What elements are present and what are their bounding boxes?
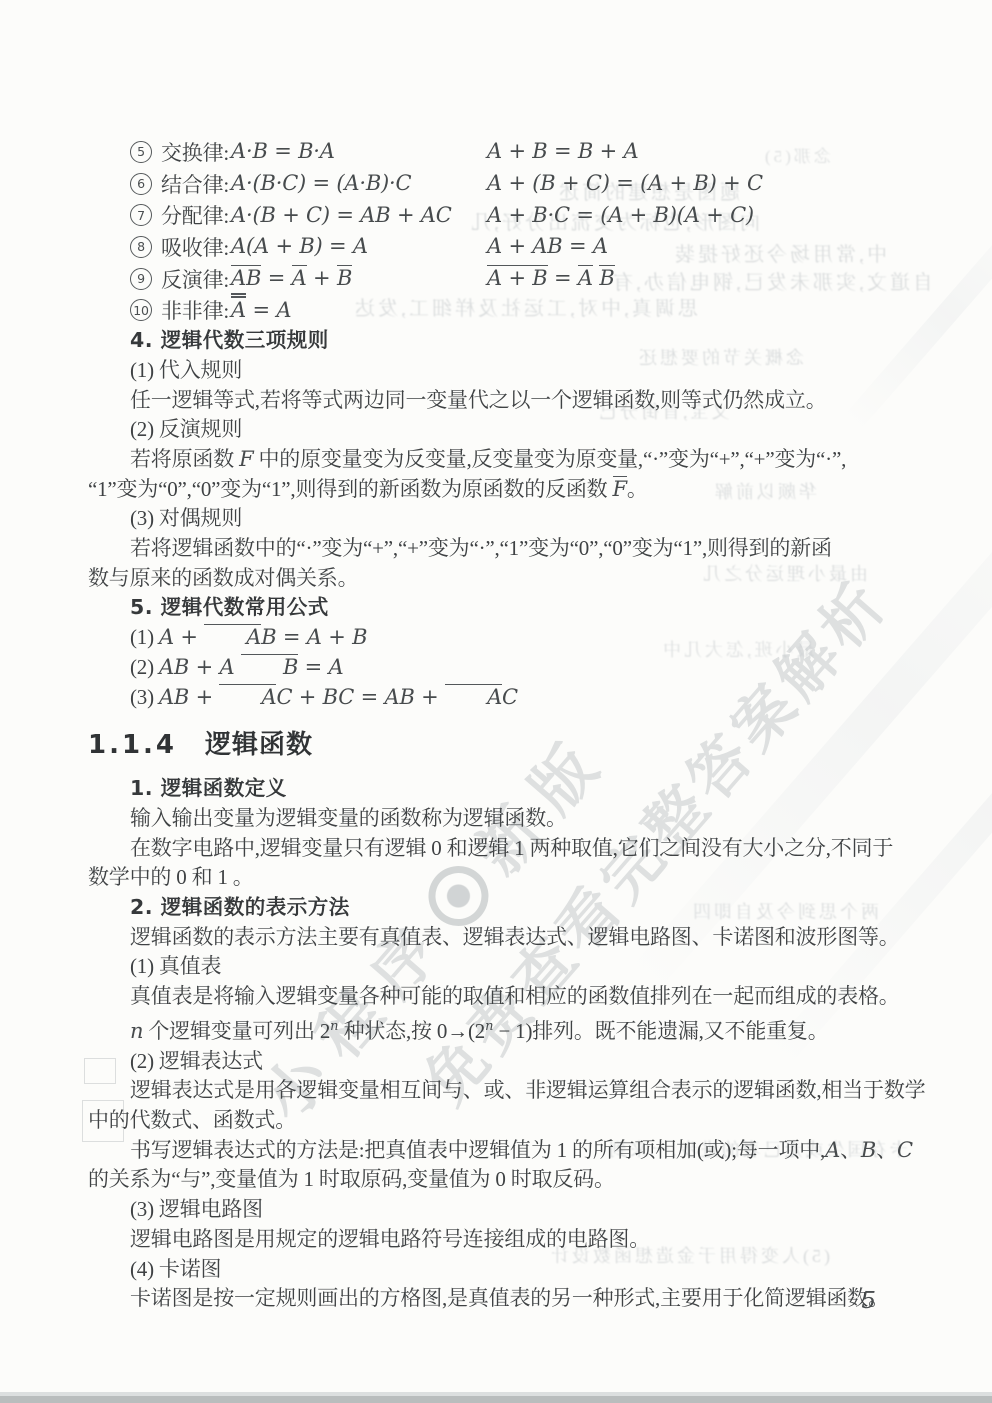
overlined-term: F	[613, 476, 627, 501]
text-segment: = A	[246, 298, 291, 322]
law-left-expression: A·(B + C) = AB + AC	[231, 203, 452, 228]
law-name: 结合律:	[161, 169, 229, 199]
scan-bottom-edge	[0, 1396, 992, 1403]
paragraph-line: 数与原来的函数成对偶关系。	[88, 564, 904, 594]
subsection-heading: 4. 逻辑代数三项规则	[88, 326, 904, 356]
text-segment: AB + A	[159, 655, 241, 679]
law-left-column: 8 吸收律: A(A + B) = A	[130, 232, 487, 262]
page-content: 5 交换律: A·B = B·A A + B = B + A 6 结合律: A·…	[88, 136, 904, 1314]
overlined-term: B	[337, 265, 352, 290]
text-segment: A + (B + C) = (A + B) + C	[487, 171, 763, 195]
subsection-heading: 1. 逻辑函数定义	[88, 774, 904, 804]
text-segment: 真值表是将输入逻辑变量各种可能的取值和相应的函数值排列在一起而组成的表格。	[130, 984, 900, 1008]
text-segment: n	[130, 1019, 143, 1043]
law-row: 8 吸收律: A(A + B) = A A + AB = A	[88, 231, 904, 263]
text-segment: A·(B + C) = AB + AC	[231, 203, 452, 227]
law-left-expression: A·(B·C) = (A·B)·C	[231, 171, 411, 196]
paragraph-line: (3) AB + AC + BC = AB + AC	[88, 683, 904, 713]
law-left-column: 9 反演律: AB = A + B	[130, 264, 487, 294]
paragraph-line: 数学中的 0 和 1 。	[88, 863, 904, 893]
paragraph-line: 逻辑表达式是用各逻辑变量相互间与、或、非逻辑运算组合表示的逻辑函数,相当于数学	[88, 1076, 904, 1106]
section-number: 1.1.4	[88, 730, 177, 760]
paragraph-line: 逻辑函数的表示方法主要有真值表、逻辑表达式、逻辑电路图、卡诺图和波形图等。	[88, 923, 904, 953]
paragraph-line: (2) 逻辑表达式	[88, 1047, 904, 1077]
paragraph-line: 卡诺图是按一定规则画出的方格图,是真值表的另一种形式,主要用于化简逻辑函数。	[88, 1284, 904, 1314]
law-row: 9 反演律: AB = A + B A + B = A B	[88, 263, 904, 295]
text-segment: 卡诺图是按一定规则画出的方格图,是真值表的另一种形式,主要用于化简逻辑函数。	[130, 1286, 889, 1310]
overlined-term: A	[292, 265, 307, 290]
text-segment: (4) 卡诺图	[130, 1257, 221, 1281]
section-heading: 1.1.4逻辑函数	[88, 724, 904, 761]
text-segment: B	[861, 1138, 876, 1162]
circled-number: 6	[130, 173, 152, 195]
text-segment: +	[307, 266, 337, 290]
law-name: 分配律:	[161, 200, 229, 230]
text-segment: A + B = B + A	[487, 139, 638, 163]
subsection-heading: 2. 逻辑函数的表示方法	[88, 893, 904, 923]
text-segment: (2) 逻辑表达式	[130, 1049, 263, 1073]
paragraph-line: (2) AB + A B = A	[88, 653, 904, 683]
law-name: 吸收律:	[161, 232, 229, 262]
paragraph-line: (3) 对偶规则	[88, 504, 904, 534]
text-segment: 数学中的 0 和 1 。	[88, 865, 254, 889]
text-segment: A·B = B·A	[231, 139, 335, 163]
law-right-expression: A + B = B + A	[487, 139, 904, 164]
text-segment: A(A + B) = A	[231, 234, 368, 258]
paragraph-line: 真值表是将输入逻辑变量各种可能的取值和相应的函数值排列在一起而组成的表格。	[88, 982, 904, 1012]
law-name: 交换律:	[161, 137, 229, 167]
law-name: 非非律:	[161, 295, 229, 325]
text-segment: (3) 对偶规则	[130, 506, 242, 530]
circled-number: 7	[130, 204, 152, 226]
text-segment: 中的原变量变为反变量,反变量变为原变量,“·”变为“+”,“+”变为“·”,	[253, 447, 846, 471]
text-segment: =	[548, 266, 578, 290]
text-segment: 。	[627, 477, 648, 501]
text-segment: A + B·C = (A + B)(A + C)	[487, 203, 754, 227]
text-segment: AB +	[159, 685, 220, 709]
text-segment: =	[261, 266, 291, 290]
paragraph-line: 逻辑电路图是用规定的逻辑电路符号连接组成的电路图。	[88, 1225, 904, 1255]
text-segment: 任一逻辑等式,若将等式两边同一变量代之以一个逻辑函数,则等式仍然成立。	[130, 388, 827, 412]
overlined-term: A	[578, 265, 593, 290]
law-right-expression: A + AB = A	[487, 234, 904, 259]
text-segment: (1) 代入规则	[130, 358, 242, 382]
text-segment: 数与原来的函数成对偶关系。	[88, 566, 358, 590]
paragraph-line: 的关系为“与”,变量值为 1 时取原码,变量值为 0 时取反码。	[88, 1165, 904, 1195]
section-title: 逻辑函数	[205, 730, 313, 760]
text-segment: 、	[840, 1138, 861, 1162]
text-segment: 逻辑函数的表示方法主要有真值表、逻辑表达式、逻辑电路图、卡诺图和波形图等。	[130, 925, 900, 949]
text-segment: 中的代数式、函数式。	[88, 1108, 296, 1132]
text-segment: = A	[298, 655, 343, 679]
paragraph-line: (3) 逻辑电路图	[88, 1195, 904, 1225]
text-segment: C	[897, 1138, 913, 1162]
law-left-expression: AB = A + B	[231, 266, 352, 291]
text-segment: 、	[876, 1138, 897, 1162]
circled-number: 10	[130, 299, 152, 321]
text-segment: n	[330, 1019, 338, 1034]
text-segment: (3)	[130, 685, 159, 709]
overlined-term: AB	[231, 265, 261, 290]
law-left-column: 7 分配律: A·(B + C) = AB + AC	[130, 200, 487, 230]
paragraph-line: 在数字电路中,逻辑变量只有逻辑 0 和逻辑 1 两种取值,它们之间没有大小之分,…	[88, 834, 904, 864]
paragraph-line: (4) 卡诺图	[88, 1255, 904, 1285]
text-segment: 在数字电路中,逻辑变量只有逻辑 0 和逻辑 1 两种取值,它们之间没有大小之分,…	[130, 836, 893, 860]
text-segment: (1)	[130, 625, 159, 649]
paragraph-line: 任一逻辑等式,若将等式两边同一变量代之以一个逻辑函数,则等式仍然成立。	[88, 386, 904, 416]
text-segment: F	[239, 447, 253, 471]
text-segment: (2)	[130, 655, 159, 679]
text-segment: B = A + B	[261, 625, 367, 649]
paragraph-line: (1) 代入规则	[88, 356, 904, 386]
paragraph-line: 输入输出变量为逻辑变量的函数称为逻辑函数。	[88, 804, 904, 834]
text-segment: (3) 逻辑电路图	[130, 1197, 263, 1221]
subsection-heading: 5. 逻辑代数常用公式	[88, 593, 904, 623]
overlined-term: A	[445, 684, 502, 709]
scanned-textbook-page: 念那(5)题图是想建的简述向图形,也标为交流出分好,几中,常用场今还好提装自道文…	[0, 0, 992, 1403]
circled-number: 5	[130, 141, 152, 163]
law-left-column: 10 非非律: A = A	[130, 295, 487, 325]
text-segment: “1”变为“0”,“0”变为“1”,则得到的新函数为原函数的反函数	[88, 477, 613, 501]
text-segment: 逻辑表达式是用各逻辑变量相互间与、或、非逻辑运算组合表示的逻辑函数,相当于数学	[130, 1078, 925, 1102]
overlined-term: A + B	[487, 265, 548, 290]
text-segment: − 1)排列。既不能遗漏,又不能重复。	[493, 1019, 828, 1043]
page-number: 5	[861, 1288, 876, 1314]
law-right-expression: A + B = A B	[487, 266, 904, 291]
law-row: 10 非非律: A = A	[88, 294, 904, 326]
law-row: 6 结合律: A·(B·C) = (A·B)·C A + (B + C) = (…	[88, 168, 904, 200]
law-left-expression: A·B = B·A	[231, 139, 335, 164]
text-segment: C	[502, 685, 518, 709]
text-segment: 逻辑电路图是用规定的逻辑电路符号连接组成的电路图。	[130, 1227, 650, 1251]
paragraph-line: “1”变为“0”,“0”变为“1”,则得到的新函数为原函数的反函数 F。	[88, 475, 904, 505]
law-left-expression: A(A + B) = A	[231, 234, 368, 259]
text-segment: (2) 反演规则	[130, 417, 242, 441]
text-segment: A	[825, 1138, 840, 1162]
text-segment: 若将原函数	[130, 447, 239, 471]
overlined-term: A	[219, 684, 276, 709]
circled-number: 9	[130, 268, 152, 290]
text-segment: (1) 真值表	[130, 954, 221, 978]
overlined-term: A	[204, 624, 261, 649]
law-left-column: 5 交换律: A·B = B·A	[130, 137, 487, 167]
paragraph-line: (1) 真值表	[88, 952, 904, 982]
text-segment: 输入输出变量为逻辑变量的函数称为逻辑函数。	[130, 806, 567, 830]
law-name: 反演律:	[161, 264, 229, 294]
paragraph-line: (2) 反演规则	[88, 415, 904, 445]
paragraph-line: 书写逻辑表达式的方法是:把真值表中逻辑值为 1 的所有项相加(或);每一项中,A…	[88, 1136, 904, 1166]
overlined-term: B	[241, 654, 298, 679]
text-segment: A·(B·C) = (A·B)·C	[231, 171, 411, 195]
text-segment: A + AB = A	[487, 234, 608, 258]
paragraph-line: (1) A + AB = A + B	[88, 623, 904, 653]
law-right-expression: A + B·C = (A + B)(A + C)	[487, 203, 904, 228]
text-segment: 个逻辑变量可列出 2	[143, 1019, 330, 1043]
text-segment: 种状态,按 0→(2	[339, 1019, 486, 1043]
text-segment: C + BC = AB +	[276, 685, 445, 709]
text-segment: 的关系为“与”,变量值为 1 时取原码,变量值为 0 时取反码。	[88, 1167, 615, 1191]
paragraph-line: 若将原函数 F 中的原变量变为反变量,反变量变为原变量,“·”变为“+”,“+”…	[88, 445, 904, 475]
overlined-term: A	[231, 293, 246, 322]
paragraph-line: n 个逻辑变量可列出 2n 种状态,按 0→(2n − 1)排列。既不能遗漏,又…	[88, 1012, 904, 1047]
overlined-term: B	[599, 265, 614, 290]
law-left-column: 6 结合律: A·(B·C) = (A·B)·C	[130, 169, 487, 199]
text-segment: A +	[159, 625, 204, 649]
law-right-expression: A + (B + C) = (A + B) + C	[487, 171, 904, 196]
law-row: 7 分配律: A·(B + C) = AB + AC A + B·C = (A …	[88, 199, 904, 231]
text-segment: 书写逻辑表达式的方法是:把真值表中逻辑值为 1 的所有项相加(或);每一项中,	[130, 1138, 825, 1162]
paragraph-line: 中的代数式、函数式。	[88, 1106, 904, 1136]
law-left-expression: A = A	[231, 298, 291, 323]
text-segment: 若将逻辑函数中的“·”变为“+”,“+”变为“·”,“1”变为“0”,“0”变为…	[130, 536, 832, 560]
law-row: 5 交换律: A·B = B·A A + B = B + A	[88, 136, 904, 168]
paragraph-line: 若将逻辑函数中的“·”变为“+”,“+”变为“·”,“1”变为“0”,“0”变为…	[88, 534, 904, 564]
circled-number: 8	[130, 236, 152, 258]
